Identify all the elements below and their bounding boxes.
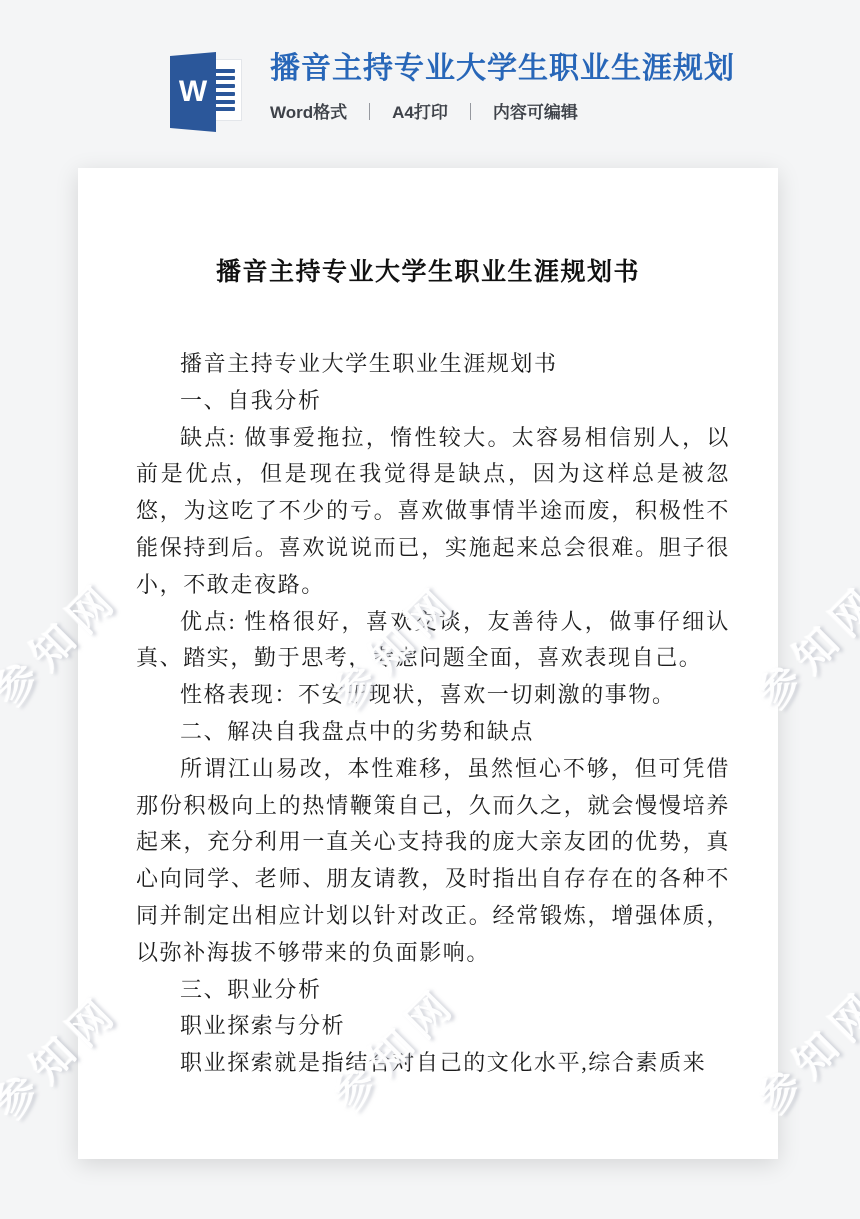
paragraph: 缺点: 做事爱拖拉，惰性较大。太容易相信别人，以前是优点，但是现在我觉得是缺点，… xyxy=(136,420,730,604)
paragraph: 三、职业分析 xyxy=(136,972,730,1009)
preview-background: 参知网 参知网 参知网 参知网 参知网 参知网 W 播音主持专业大学生职业生涯规… xyxy=(0,0,860,1219)
page-title: 播音主持专业大学生职业生涯规划 xyxy=(270,52,735,86)
paragraph: 优点: 性格很好，喜欢交谈，友善待人，做事仔细认真、踏实，勤于思考，考虑问题全面… xyxy=(136,604,730,678)
document-title: 播音主持专业大学生职业生涯规划书 xyxy=(78,168,778,288)
word-logo-icon: W xyxy=(168,52,244,134)
paragraph: 播音主持专业大学生职业生涯规划书 xyxy=(136,346,730,383)
badge-separator: ｜ xyxy=(361,98,378,123)
paragraph: 所谓江山易改，本性难移，虽然恒心不够，但可凭借那份积极向上的热情鞭策自己，久而久… xyxy=(136,751,730,972)
badge-editable: 内容可编辑 xyxy=(493,98,578,123)
badge-separator: ｜ xyxy=(462,98,479,123)
header-text: 播音主持专业大学生职业生涯规划 Word格式 ｜ A4打印 ｜ 内容可编辑 xyxy=(270,52,735,123)
word-icon-letter: W xyxy=(179,77,207,107)
paragraph: 职业探索与分析 xyxy=(136,1008,730,1045)
header: W 播音主持专业大学生职业生涯规划 Word格式 ｜ A4打印 ｜ 内容可编辑 xyxy=(168,52,735,134)
paragraph: 二、解决自我盘点中的劣势和缺点 xyxy=(136,714,730,751)
format-badges: Word格式 ｜ A4打印 ｜ 内容可编辑 xyxy=(270,98,735,123)
paragraph: 一、自我分析 xyxy=(136,383,730,420)
paragraph: 职业探索就是指结合对自己的文化水平,综合素质来 xyxy=(136,1045,730,1082)
document-body: 播音主持专业大学生职业生涯规划书一、自我分析缺点: 做事爱拖拉，惰性较大。太容易… xyxy=(78,346,778,1082)
document-page: 播音主持专业大学生职业生涯规划书 播音主持专业大学生职业生涯规划书一、自我分析缺… xyxy=(78,168,778,1159)
badge-a4-print: A4打印 xyxy=(392,98,448,123)
badge-word-format: Word格式 xyxy=(270,98,347,123)
paragraph: 性格表现：不安于现状，喜欢一切刺激的事物。 xyxy=(136,677,730,714)
word-icon-front: W xyxy=(170,52,216,132)
